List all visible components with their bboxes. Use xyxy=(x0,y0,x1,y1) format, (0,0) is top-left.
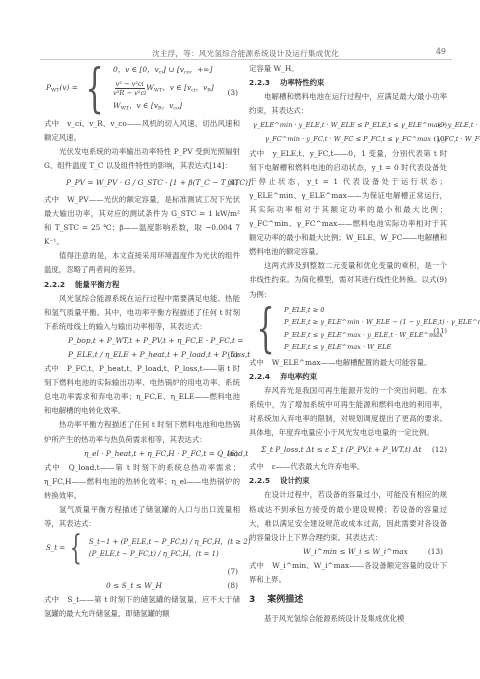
section-title: 弃电率约束 xyxy=(280,372,317,381)
section-heading-3: 3案例描述 xyxy=(249,593,447,607)
section-heading-2-2-5: 2.2.5设计约束 xyxy=(249,474,447,488)
equation-12: Σ_t P_loss,t Δt ≤ ε Σ_t (P_PV,t + P_WT,t… xyxy=(249,443,447,457)
where-text: P_FC,t、P_heat,t、P_load,t、P_loss,t——第 t 时… xyxy=(44,364,240,415)
equation-4: P_PV = W_PV · G / G_STC · [1 + β(T_C − T… xyxy=(44,176,240,190)
eq3-case2-w: W xyxy=(146,83,154,92)
paragraph-pv: 光伏发电系统的功率输出功率特性 P_PV 受到光照辐射 G、组件温度 T_C 以… xyxy=(44,145,240,173)
eq3-case3-a: ，v ∈ [v xyxy=(129,101,158,110)
equation-number: (5) xyxy=(228,348,238,362)
eq3-case3-c: ] xyxy=(179,101,182,110)
equation-number: (3) xyxy=(228,86,238,100)
right-column: 定容量 W_H。 2.2.3功率特性约束 电解槽和燃料电池在运行过程中，应满足最… xyxy=(249,62,447,626)
left-column: PWT(v) = { 0，v ∈ [0，vci] ∪ [vco，+∞] v² −… xyxy=(44,62,240,622)
where-text: y_ELE,t、y_FC,t——0，1 变量，分别代表第 t 时刻下电解槽和燃料… xyxy=(249,149,447,257)
eq11-cases: P_ELE,t ≥ 0 P_ELE,t ≥ γ_ELE^min · W_ELE … xyxy=(284,304,480,354)
section-number: 2.2.4 xyxy=(249,372,270,381)
section-title: 功率特性约束 xyxy=(280,78,324,87)
eq5-line-2: P_ELE,t / η_ELE + P_heat,t + P_load,t + … xyxy=(68,348,240,362)
eq6-body: η_el · P_heat,t + η_FC,H · P_FC,t = Q_lo… xyxy=(84,449,248,458)
where-clause-13: 式中W_i^min、W_i^max——各设备额定容量的设计下界和上界。 xyxy=(249,559,447,587)
eq3-case-2: v² − v²civ²R − v²ciWWT，v ∈ [vci，vR] xyxy=(113,79,214,100)
paragraph-linearization: 这两式涉及到整数二元变量和优化变量的乘积，是一个非线性约束。为简化模型，需对其进… xyxy=(249,259,447,301)
left-brace-icon: { xyxy=(70,533,82,563)
eq7-cases: S_t−1 + (P_ELE,t − P_FC,t) / η_FC,H，(t ≥… xyxy=(89,536,251,561)
where-text: v_ci、v_R、v_co——风机的切入风速、切出风速和额定风速。 xyxy=(44,119,240,142)
eq11-case-4: P_ELE,t ≤ γ_ELE^max · W_ELE xyxy=(284,341,480,354)
where-label: 式中 xyxy=(44,595,59,604)
section-title: 能量平衡方程 xyxy=(75,280,119,289)
eq12-body: Σ_t P_loss,t Δt ≤ ε Σ_t (P_PV,t + P_WT,t… xyxy=(261,445,421,454)
paragraph-case: 基于风光氢综合能源系统设计及集成优化模 xyxy=(249,612,447,626)
section-title: 设计约束 xyxy=(280,476,310,485)
eq3-case2-a: ，v ∈ [v xyxy=(162,83,191,92)
where-label: 式中 xyxy=(44,195,59,204)
where-clause-6: 式中Q_load,t——第 t 时刻下的系统总热功率需求；η_FC,H——燃料电… xyxy=(44,461,240,503)
eq3-numerator: v² − v²ci xyxy=(115,80,145,89)
paragraph-balance: 风光氢综合能源系统在运行过程中需要满足电能、热能和氢气质量平衡。其中，电功率平衡… xyxy=(44,292,240,334)
where-clause-12: 式中ε——代表最大允许弃电率。 xyxy=(249,460,447,474)
running-title: 沈主浮，等：风光氢综合能源系统设计及运行集成优化 xyxy=(152,48,339,59)
equation-13: W_i^min ≤ W_i ≤ W_i^max (13) xyxy=(249,545,447,559)
where-clause-10: 式中y_ELE,t、y_FC,t——0，1 变量，分别代表第 t 时刻下电解槽和… xyxy=(249,147,447,260)
where-label: 式中 xyxy=(249,462,264,471)
section-number: 2.2.3 xyxy=(249,78,270,87)
where-label: 式中 xyxy=(249,149,265,158)
section-title: 案例描述 xyxy=(267,595,303,605)
eq7-lhs: S_t = xyxy=(46,541,65,555)
eq3-denominator: v²R − v²ci xyxy=(113,89,146,97)
eq3-cases: 0，v ∈ [0，vci] ∪ [vco，+∞] v² − v²civ²R − … xyxy=(113,64,214,115)
where-text: W_i^min、W_i^max——各设备额定容量的设计下界和上界。 xyxy=(249,561,447,584)
eq3-case-3: WWT，v ∈ [vR，vco] xyxy=(113,100,214,115)
left-brace-icon: { xyxy=(85,66,103,112)
where-label: 式中 xyxy=(249,561,264,570)
where-text: ε——代表最大允许弃电率。 xyxy=(272,462,365,471)
section-heading-2-2-3: 2.2.3功率特性约束 xyxy=(249,76,447,90)
where-label: 式中 xyxy=(44,364,59,373)
where-clause-4: 式中W_PV——光伏的额定容量，是标准测试工况下光伏最大输出功率，其对应的测试条… xyxy=(44,193,240,249)
equation-number: (10) xyxy=(433,132,447,146)
eq3-fraction: v² − v²civ²R − v²ci xyxy=(113,80,146,97)
where-text: Q_load,t——第 t 时刻下的系统总热功率需求；η_FC,H——燃料电池的… xyxy=(44,463,240,500)
eq3-lhs: PWT(v) = xyxy=(46,81,78,98)
eq10-body: γ_FC^min · y_FC,t · W_FC ≤ P_FC,t ≤ γ_FC… xyxy=(265,135,480,143)
eq3-lhs-arg: (v) = xyxy=(59,83,77,92)
where-clause-3: 式中v_ci、v_R、v_co——风机的切入风速、切出风速和额定风速。 xyxy=(44,117,240,145)
eq8-body: 0 ≤ S_t ≤ W_H xyxy=(106,581,162,590)
section-heading-2-2-4: 2.2.4弃电率约束 xyxy=(249,370,447,384)
paragraph-hydrogen: 氢气质量平衡方程描述了储氢罐的入口与出口流量相等，其表达式： xyxy=(44,503,240,531)
equation-number: (13) xyxy=(428,545,443,559)
where-text: S_t——第 t 时刻下的储氢罐的储氢量，应不大于储氢罐的最大允许储氢量，即储氢… xyxy=(44,595,240,618)
eq11-case-2: P_ELE,t ≥ γ_ELE^min · W_ELE − (1 − y_ELE… xyxy=(284,316,480,329)
equation-number: (9) xyxy=(438,118,447,132)
where-text: W_ELE^max——电解槽配置的最大可能容量。 xyxy=(272,358,432,367)
eq3-case2-c: ] xyxy=(211,83,214,92)
equation-7-number-row: (7) xyxy=(44,565,240,579)
equation-9: γ_ELE^min · y_ELE,t · W_ELE ≤ P_ELE,t ≤ … xyxy=(249,118,447,132)
eq3-case1-b: ] ∪ [v xyxy=(163,65,184,74)
paragraph-curtailment: 弃风弃光是我国可再生能源开发的一个突出问题。在本系统中，为了增加系统中可再生能源… xyxy=(249,384,447,440)
where-clause-8: 式中S_t——第 t 时刻下的储氢罐的储氢量，应不大于储氢罐的最大允许储氢量，即… xyxy=(44,593,240,621)
equation-3: PWT(v) = { 0，v ∈ [0，vci] ∪ [vco，+∞] v² −… xyxy=(44,64,240,115)
eq3-case3-b: ，v xyxy=(162,101,174,110)
paragraph-heat: 热功率平衡方程描述了任何 t 时刻下燃料电池和电热锅炉所产生的热功率与热负荷需求… xyxy=(44,418,240,446)
equation-7: S_t = { S_t−1 + (P_ELE,t − P_FC,t) / η_F… xyxy=(44,533,240,563)
equation-number: (7) xyxy=(228,565,238,579)
eq3-case2-b: ，v xyxy=(196,83,208,92)
equation-11: { P_ELE,t ≥ 0 P_ELE,t ≥ γ_ELE^min · W_EL… xyxy=(249,304,447,354)
equation-number: (6) xyxy=(228,447,238,461)
eq3-case3-wsub: WT xyxy=(121,105,129,111)
where-label: 式中 xyxy=(44,463,61,472)
equation-number: (11) xyxy=(433,324,447,338)
section-heading-2-2-2: 2.2.2能量平衡方程 xyxy=(44,278,240,292)
eq3-case1-a: 0，v ∈ [0，v xyxy=(113,65,159,74)
section-number: 3 xyxy=(249,595,255,605)
eq11-case-1: P_ELE,t ≥ 0 xyxy=(284,304,480,317)
journal-page: 沈主浮，等：风光氢综合能源系统设计及运行集成优化 49 PWT(v) = { 0… xyxy=(0,0,480,679)
eq3-case-1: 0，v ∈ [0，vci] ∪ [vco，+∞] xyxy=(113,64,214,79)
paragraph-design: 在设计过程中，若设备的容量过小，可能没有相应的规格或达不到承包方接受的最小建设规… xyxy=(249,488,447,544)
eq11-case-3: P_ELE,t ≤ γ_ELE^max · y_ELE,t · W_ELE^ma… xyxy=(284,329,480,342)
where-label: 式中 xyxy=(249,358,264,367)
eq13-body: W_i^min ≤ W_i ≤ W_i^max xyxy=(303,547,408,556)
eq3-case3-w: W xyxy=(113,101,121,110)
eq7-case-1: S_t−1 + (P_ELE,t − P_FC,t) / η_FC,H，(t ≥… xyxy=(89,536,251,549)
paragraph-power: 电解槽和燃料电池在运行过程中，应满足最大/最小功率约束，其表达式： xyxy=(249,90,447,118)
equation-number: (8) xyxy=(228,579,238,593)
section-number: 2.2.2 xyxy=(44,280,65,289)
equation-6: η_el · P_heat,t + η_FC,H · P_FC,t = Q_lo… xyxy=(44,447,240,461)
eq3-case1-c: ，+∞] xyxy=(190,65,213,74)
equation-8: 0 ≤ S_t ≤ W_H (8) xyxy=(44,579,240,593)
equation-10: γ_FC^min · y_FC,t · W_FC ≤ P_FC,t ≤ γ_FC… xyxy=(249,132,447,146)
equation-number: (12) xyxy=(432,443,447,457)
left-brace-icon: { xyxy=(256,306,274,352)
eq5-line-1: P_bop,t + P_WT,t + P_PV,t + η_FC,E · P_F… xyxy=(68,334,240,348)
where-text: W_PV——光伏的额定容量，是标准测试工况下光伏最大输出功率，其对应的测试条件为… xyxy=(44,195,240,246)
continued-text: 定容量 W_H。 xyxy=(249,62,447,76)
page-header: 沈主浮，等：风光氢综合能源系统设计及运行集成优化 49 xyxy=(40,46,452,60)
eq7-case-2: (P_ELE,t − P_FC,t) / η_FC,H，(t = 1) xyxy=(89,548,251,561)
equation-5: P_bop,t + P_WT,t + P_PV,t + η_FC,E · P_F… xyxy=(44,334,240,362)
where-clause-11: 式中W_ELE^max——电解槽配置的最大可能容量。 xyxy=(249,356,447,370)
section-number: 2.2.5 xyxy=(249,476,270,485)
eq4-body: P_PV = W_PV · G / G_STC · [1 + β(T_C − T… xyxy=(66,178,251,187)
equation-number: (4) xyxy=(228,176,238,190)
paragraph-note: 值得注意的是，本文直接采用环境温度作为光伏的组件温度，忽略了两者间的差异。 xyxy=(44,249,240,277)
page-number: 49 xyxy=(436,47,446,56)
where-label: 式中 xyxy=(44,119,59,128)
where-clause-5: 式中P_FC,t、P_heat,t、P_load,t、P_loss,t——第 t… xyxy=(44,362,240,418)
